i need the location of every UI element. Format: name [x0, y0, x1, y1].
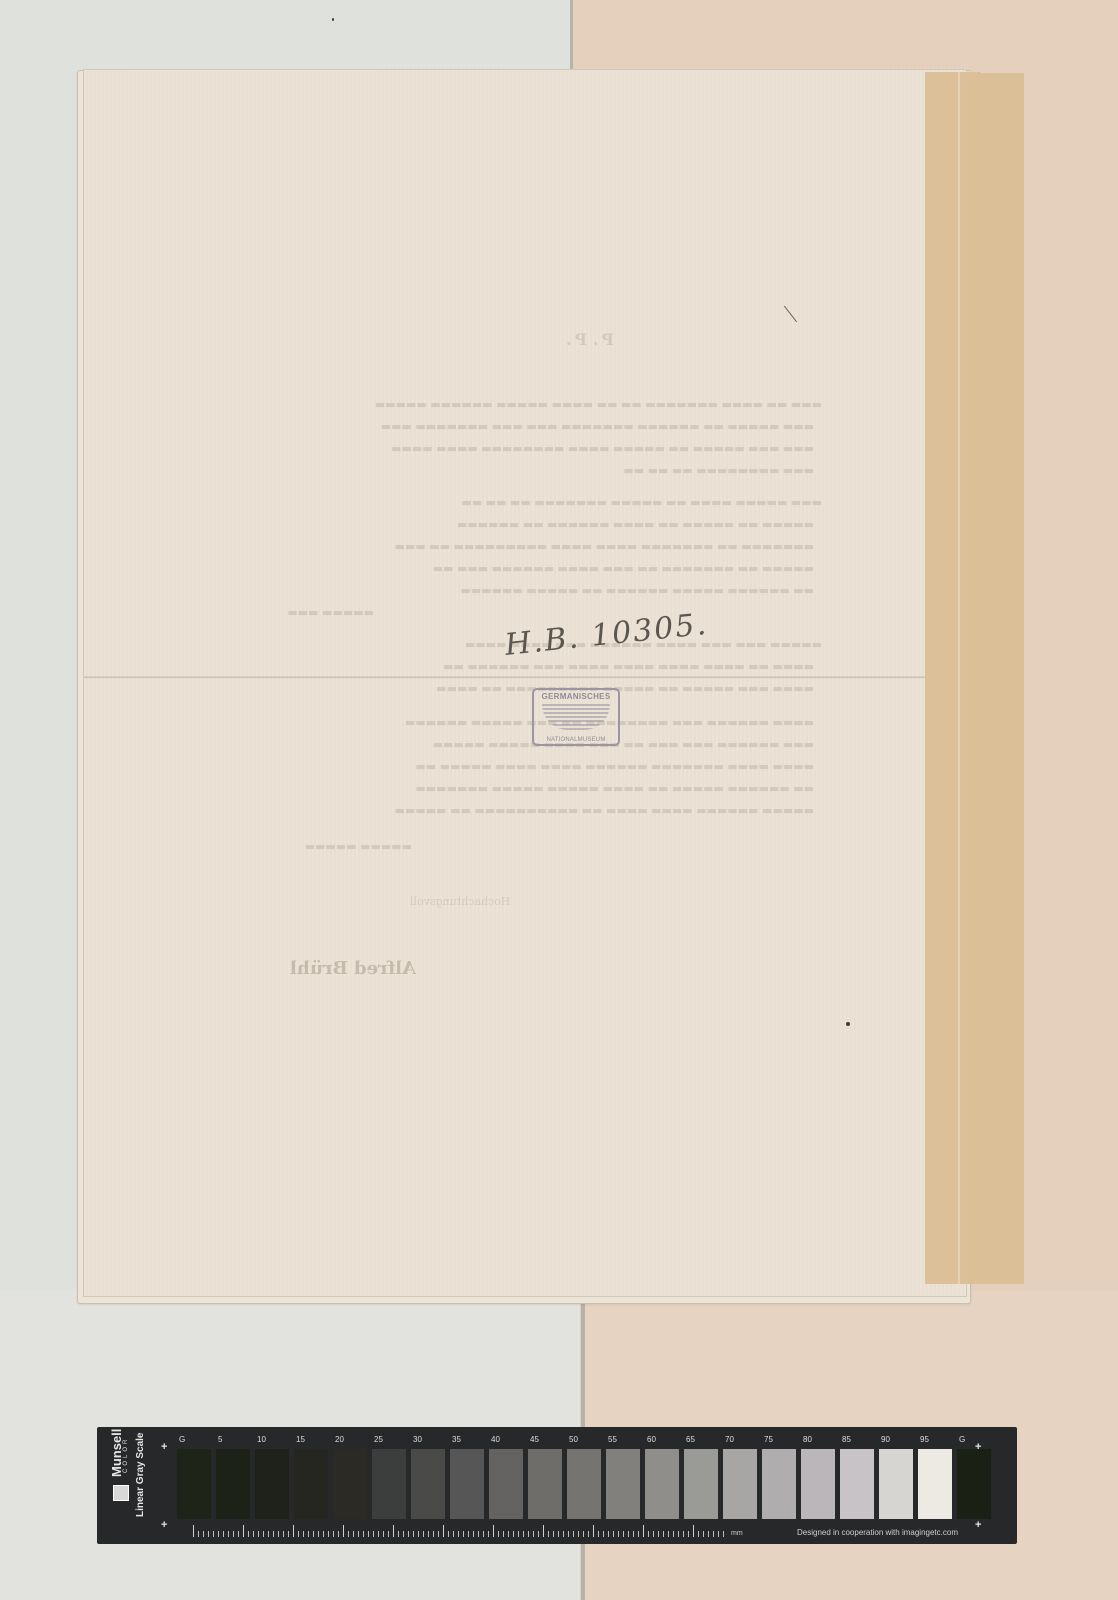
bleed-through-line: ▬▬▬▬ ▬▬ ▬▬▬▬ ▬▬▬▬ ▬▬▬▬ ▬▬▬▬ ▬▬▬ ▬▬▬▬▬▬ ▬…	[254, 660, 814, 674]
patch-swatch	[450, 1449, 484, 1519]
patch-label: G	[177, 1435, 213, 1447]
scale-name: Linear Gray Scale	[135, 1433, 146, 1518]
gray-patch: 85	[840, 1435, 876, 1519]
bleed-through-title: P.P.	[560, 330, 614, 349]
bleed-through-line: ▬▬▬ ▬▬▬▬▬ ▬▬ ▬▬▬▬▬▬ ▬▬▬▬▬▬▬ ▬▬▬ ▬▬▬ ▬▬▬▬…	[254, 420, 814, 434]
patch-label: 40	[489, 1435, 525, 1447]
background-speck	[332, 18, 334, 21]
patch-swatch	[606, 1449, 640, 1519]
gray-patch: 35	[450, 1435, 486, 1519]
gray-patch: 75	[762, 1435, 798, 1519]
gray-patch: 95	[918, 1435, 954, 1519]
bleed-through-line: ▬▬▬▬▬ ▬▬▬▬▬▬ ▬▬▬▬ ▬▬▬▬ ▬▬ ▬▬▬▬▬▬▬▬▬▬ ▬▬ …	[254, 804, 814, 818]
patch-label: 90	[879, 1435, 915, 1447]
gray-patch: 60	[645, 1435, 681, 1519]
bleed-through-line: ▬▬▬ ▬▬ ▬▬▬▬ ▬▬▬▬▬▬▬ ▬▬ ▬▬ ▬▬▬▬ ▬▬▬▬▬ ▬▬▬…	[262, 398, 822, 412]
gray-patch: 90	[879, 1435, 915, 1519]
patch-swatch	[645, 1449, 679, 1519]
patch-label: 65	[684, 1435, 720, 1447]
gray-patch: 15	[294, 1435, 330, 1519]
patch-swatch	[333, 1449, 367, 1519]
patch-label: 50	[567, 1435, 603, 1447]
bleed-through-line: ▬▬▬▬ ▬▬▬▬ ▬▬▬▬▬▬▬ ▬▬▬▬▬▬ ▬▬▬▬ ▬▬▬▬ ▬▬▬▬▬…	[254, 760, 814, 774]
patch-swatch	[957, 1449, 991, 1519]
patch-label: 60	[645, 1435, 681, 1447]
stamp-top-text: GERMANISCHES	[537, 692, 615, 701]
gray-patch: G	[957, 1435, 993, 1519]
color-checker-card: Munsell COLOR Linear Gray Scale + + + + …	[97, 1427, 1017, 1544]
patch-label: 30	[411, 1435, 447, 1447]
gray-patch: 20	[333, 1435, 369, 1519]
gray-patch: 45	[528, 1435, 564, 1519]
paper-speck	[846, 1022, 850, 1026]
patch-swatch	[372, 1449, 406, 1519]
brand-name: Munsell	[109, 1429, 124, 1477]
patch-swatch	[840, 1449, 874, 1519]
gray-patch: 40	[489, 1435, 525, 1519]
patch-label: 5	[216, 1435, 252, 1447]
munsell-logo-icon	[113, 1485, 129, 1501]
registration-mark-icon: +	[975, 1519, 981, 1531]
bleed-through-line: ▬▬▬ ▬▬▬▬▬▬▬▬ ▬▬ ▬▬ ▬▬	[254, 464, 814, 478]
patch-swatch	[567, 1449, 601, 1519]
bleed-through-closing: Hochachtungsvoll	[410, 895, 510, 908]
patch-swatch	[684, 1449, 718, 1519]
bleed-through-line: ▬▬▬▬▬ ▬▬▬	[254, 606, 374, 620]
patch-swatch	[801, 1449, 835, 1519]
bleed-through-line: ▬▬ ▬▬▬▬▬▬ ▬▬▬▬▬ ▬▬▬▬▬▬ ▬▬ ▬▬▬▬▬ ▬▬▬▬▬▬	[254, 584, 814, 598]
patch-swatch	[918, 1449, 952, 1519]
gray-patch: 10	[255, 1435, 291, 1519]
eagle-emblem-icon	[542, 704, 610, 730]
tape-strip-right	[968, 73, 1024, 1284]
gray-patch: 25	[372, 1435, 408, 1519]
registration-mark-icon: +	[161, 1519, 167, 1531]
patch-swatch	[411, 1449, 445, 1519]
fold-line	[84, 676, 944, 679]
patch-label: 25	[372, 1435, 408, 1447]
mm-ruler-major-ticks	[193, 1525, 728, 1537]
bleed-through-signature: Alfred Brühl	[290, 958, 416, 979]
bleed-through-line: ▬▬▬ ▬▬▬▬▬ ▬▬▬▬ ▬▬ ▬▬▬▬▬ ▬▬▬▬▬▬▬ ▬▬ ▬▬ ▬▬	[262, 496, 822, 510]
bleed-through-line: ▬▬▬▬▬▬▬ ▬▬ ▬▬▬▬▬▬▬ ▬▬▬▬ ▬▬▬▬ ▬▬▬▬▬▬▬▬▬ ▬…	[254, 540, 814, 554]
patch-label: 35	[450, 1435, 486, 1447]
patch-swatch	[489, 1449, 523, 1519]
museum-stamp: GERMANISCHES NATIONALMUSEUM	[532, 688, 620, 746]
patch-label: 20	[333, 1435, 369, 1447]
credit-text: Designed in cooperation with imagingetc.…	[797, 1528, 958, 1537]
patch-swatch	[255, 1449, 289, 1519]
patch-label: 95	[918, 1435, 954, 1447]
registration-mark-icon: +	[161, 1441, 167, 1453]
patch-swatch	[216, 1449, 250, 1519]
gray-patch: 5	[216, 1435, 252, 1519]
ruler-unit: mm	[731, 1530, 743, 1537]
tape-seam	[958, 72, 960, 1284]
gray-patch: G	[177, 1435, 213, 1519]
brand-sub: COLOR	[123, 1437, 129, 1473]
patch-swatch	[177, 1449, 211, 1519]
gray-patch: 50	[567, 1435, 603, 1519]
bleed-through-line: ▬▬▬▬▬ ▬▬ ▬▬▬▬▬▬▬ ▬▬ ▬▬▬ ▬▬▬▬ ▬▬▬▬▬▬ ▬▬▬ …	[254, 562, 814, 576]
patch-label: 10	[255, 1435, 291, 1447]
bleed-through-line: ▬▬▬ ▬▬▬ ▬▬▬▬▬ ▬▬ ▬▬▬▬▬ ▬▬▬▬ ▬▬▬▬▬▬▬▬ ▬▬▬…	[254, 442, 814, 456]
patch-label: G	[957, 1435, 993, 1447]
gray-patch: 65	[684, 1435, 720, 1519]
patch-swatch	[762, 1449, 796, 1519]
patch-label: 15	[294, 1435, 330, 1447]
gray-patch: 30	[411, 1435, 447, 1519]
patch-label: 70	[723, 1435, 759, 1447]
patch-label: 45	[528, 1435, 564, 1447]
patch-swatch	[723, 1449, 757, 1519]
patch-swatch	[879, 1449, 913, 1519]
patch-swatch	[294, 1449, 328, 1519]
patch-label: 85	[840, 1435, 876, 1447]
stamp-bottom-text: NATIONALMUSEUM	[536, 737, 616, 743]
patch-label: 55	[606, 1435, 642, 1447]
gray-patch: 70	[723, 1435, 759, 1519]
gray-patch: 55	[606, 1435, 642, 1519]
patch-label: 80	[801, 1435, 837, 1447]
patch-swatch	[528, 1449, 562, 1519]
patch-label: 75	[762, 1435, 798, 1447]
gray-patch: 80	[801, 1435, 837, 1519]
bleed-through-line: ▬▬▬▬▬ ▬▬▬▬▬	[262, 840, 412, 854]
bleed-through-line: ▬▬ ▬▬▬▬▬▬ ▬▬▬▬▬ ▬▬ ▬▬▬▬ ▬▬▬▬▬ ▬▬▬▬▬ ▬▬▬▬…	[254, 782, 814, 796]
bleed-through-line: ▬▬▬▬▬ ▬▬ ▬▬▬▬▬ ▬▬ ▬▬▬▬ ▬▬▬▬▬▬ ▬▬ ▬▬▬▬▬▬	[254, 518, 814, 532]
